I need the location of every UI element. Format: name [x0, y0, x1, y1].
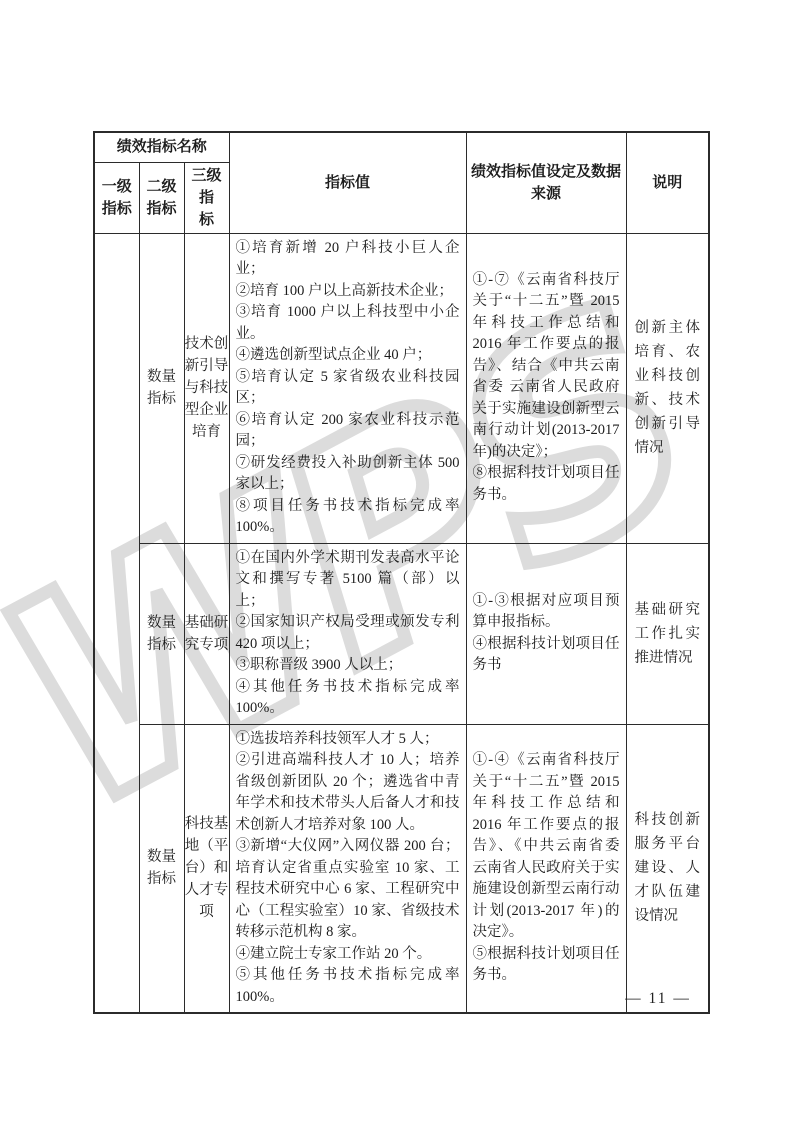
value-setting-source-cell: ①-③根据对应项目预算申报指标。 ④根据科技计划项目任务书: [466, 543, 626, 724]
note-cell: 科技创新服务平台建设、人才队伍建设情况: [626, 724, 709, 1013]
level1-cell: [94, 233, 139, 1013]
header-level1-indicator: 一级 指标: [94, 162, 139, 233]
indicator-value-cell: ①选拔培养科技领军人才 5 人； ②引进高端科技人才 10 人；培养省级创新团队…: [229, 724, 466, 1013]
header-note: 说明: [626, 132, 709, 233]
header-indicator-name-group: 绩效指标名称: [94, 132, 229, 162]
level2-cell: 数量 指标: [139, 543, 184, 724]
level2-cell: 数量 指标: [139, 233, 184, 543]
level3-cell: 技术创 新引导 与科技 型企业 培育: [184, 233, 229, 543]
header-level2-indicator: 二级 指标: [139, 162, 184, 233]
table-row: 数量 指标 科技基 地（平 台）和 人才专 项 ①选拔培养科技领军人才 5 人；…: [94, 724, 709, 1013]
value-setting-source-cell: ①-④《云南省科技厅关于“十二五”暨 2015 年科技工作总结和 2016 年工…: [466, 724, 626, 1013]
value-setting-source-cell: ①-⑦《云南省科技厅关于“十二五”暨 2015 年科技工作总结和 2016 年工…: [466, 233, 626, 543]
header-value-setting-source: 绩效指标值设定及数据 来源: [466, 132, 626, 233]
note-cell: 基础研究工作扎实推进情况: [626, 543, 709, 724]
note-cell: 创新主体培育、农业科技创新、技术创新引导情况: [626, 233, 709, 543]
performance-indicators-table: 绩效指标名称 指标值 绩效指标值设定及数据 来源 说明 一级 指标 二级 指标 …: [93, 131, 710, 1014]
indicator-value-cell: ①培育新增 20 户科技小巨人企业； ②培育 100 户以上高新技术企业； ③培…: [229, 233, 466, 543]
table-row: 数量 指标 基础研 究专项 ①在国内外学术期刊发表高水平论文和撰写专著 5100…: [94, 543, 709, 724]
table-row: 数量 指标 技术创 新引导 与科技 型企业 培育 ①培育新增 20 户科技小巨人…: [94, 233, 709, 543]
level2-cell: 数量 指标: [139, 724, 184, 1013]
header-level3-indicator: 三级指 标: [184, 162, 229, 233]
header-indicator-value: 指标值: [229, 132, 466, 233]
page-number: — 11 —: [608, 990, 708, 1008]
level3-cell: 基础研 究专项: [184, 543, 229, 724]
level3-cell: 科技基 地（平 台）和 人才专 项: [184, 724, 229, 1013]
indicator-value-cell: ①在国内外学术期刊发表高水平论文和撰写专著 5100 篇（部）以上； ②国家知识…: [229, 543, 466, 724]
